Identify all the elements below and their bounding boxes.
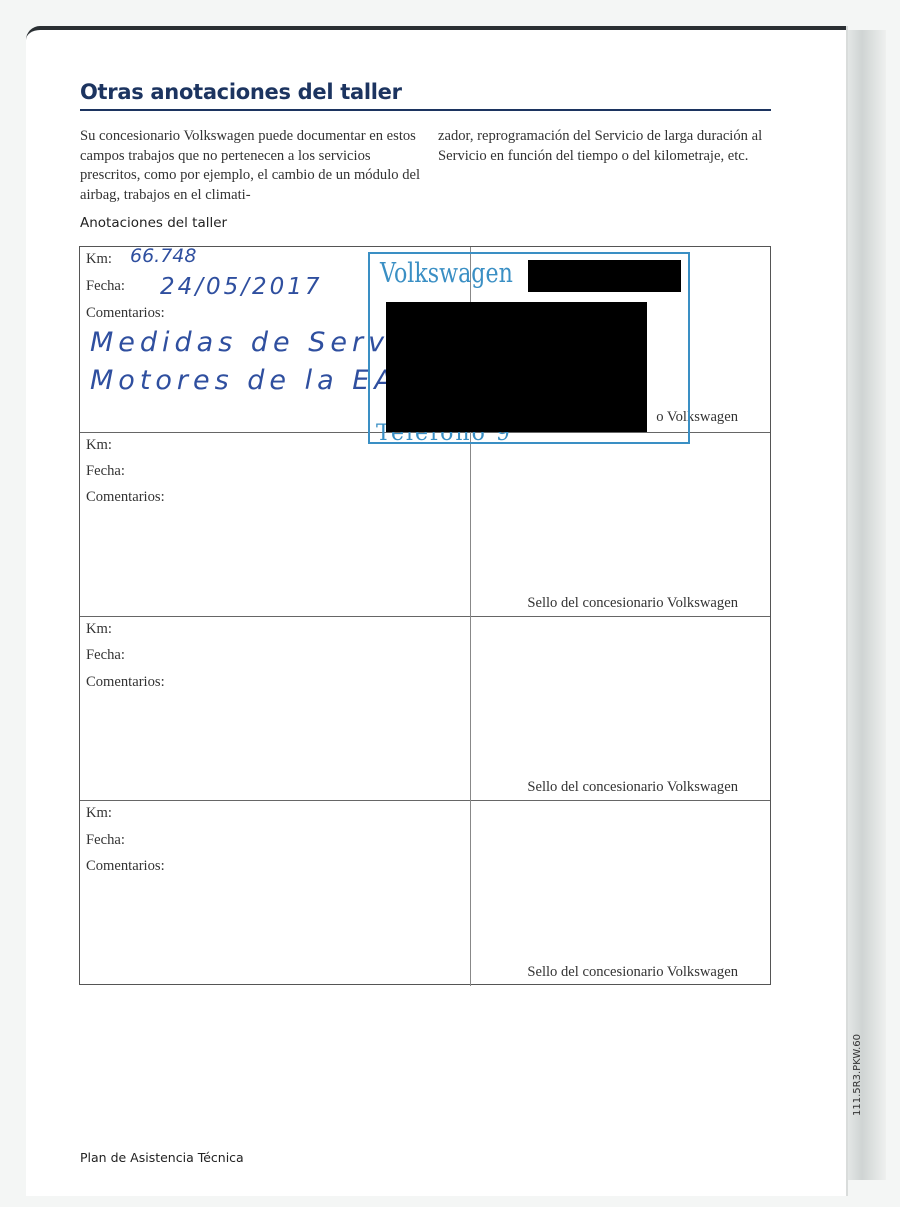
side-reference-code: 111.5R3.PKW.60 [852, 1034, 863, 1116]
annotation-row-3: Km: Fecha: Comentarios: Sello del conces… [80, 617, 770, 801]
column-divider [470, 433, 471, 617]
km-label: Km: [86, 621, 112, 638]
redaction-box [386, 302, 647, 432]
annotation-row-2: Km: Fecha: Comentarios: Sello del conces… [80, 433, 770, 617]
comentarios-label: Comentarios: [86, 674, 165, 691]
sello-label: Sello del concesionario Volkswagen [527, 964, 738, 981]
km-label: Km: [86, 805, 112, 822]
intro-text-col1: Su concesionario Volkswagen puede docume… [80, 127, 425, 205]
title-divider [80, 109, 771, 111]
fecha-label: Fecha: [86, 832, 125, 849]
annotation-row-4: Km: Fecha: Comentarios: Sello del conces… [80, 801, 770, 986]
section-subheading: Anotaciones del taller [80, 215, 227, 231]
stamp-title: Volkswagen [380, 258, 513, 289]
comentarios-label: Comentarios: [86, 489, 165, 506]
km-value[interactable]: 66.748 [130, 245, 196, 267]
comentarios-label: Comentarios: [86, 858, 165, 875]
fecha-value[interactable]: 24/05/2017 [160, 274, 323, 300]
page-footer: Plan de Asistencia Técnica [80, 1150, 244, 1165]
intro-text-col2: zador, reprogramación del Servicio de la… [438, 127, 773, 166]
km-label: Km: [86, 251, 112, 268]
fecha-label: Fecha: [86, 278, 125, 295]
page-spine-shadow [846, 30, 886, 1180]
comentarios-label: Comentarios: [86, 305, 165, 322]
km-label: Km: [86, 437, 112, 454]
fecha-label: Fecha: [86, 647, 125, 664]
column-divider [470, 801, 471, 986]
sello-label: Sello del concesionario Volkswagen [527, 779, 738, 796]
page-title: Otras anotaciones del taller [80, 80, 402, 104]
fecha-label: Fecha: [86, 463, 125, 480]
column-divider [470, 617, 471, 801]
redaction-box [528, 260, 681, 292]
sello-label: Sello del concesionario Volkswagen [527, 595, 738, 612]
